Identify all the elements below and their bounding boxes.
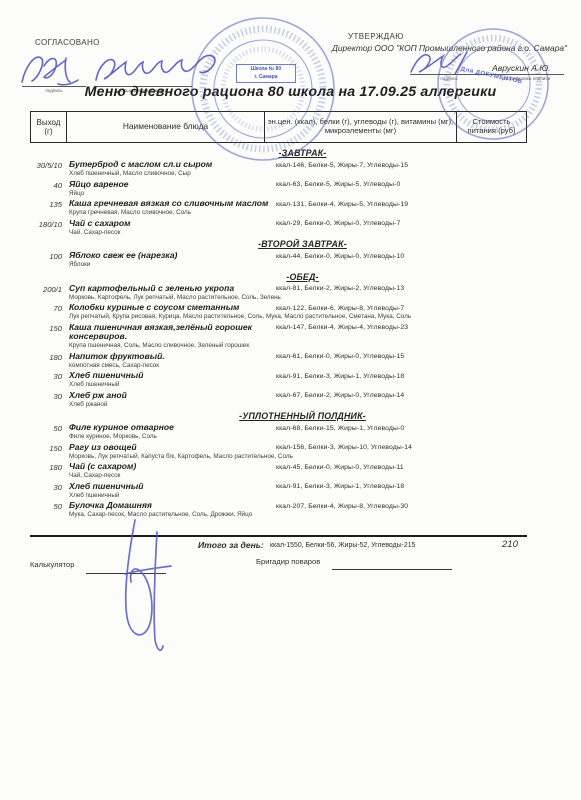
item-nutrition: ккал-122, Белки-6, Жиры-8, Углеводы-7 xyxy=(276,303,527,313)
item-weight: 180 xyxy=(30,352,62,362)
item-name: Бутерброд с маслом сл.и сыром xyxy=(69,160,269,170)
item-nutrition: ккал-81, Белки-2, Жиры-2, Углеводы-13 xyxy=(276,284,527,294)
item-weight: 180/10 xyxy=(30,219,62,229)
item-nutrition: ккал-45, Белки-0, Жиры-0, Углеводы-11 xyxy=(276,462,527,472)
table-header: Выход (г) Наименование блюда эн.цен. (кк… xyxy=(30,111,527,143)
brigadier-label: Бригадир поваров xyxy=(256,557,320,566)
col-header-weight: Выход (г) xyxy=(31,112,67,142)
brigadier-sign-line xyxy=(332,569,452,570)
item-nutrition: ккал-91, Белки-3, Жиры-1, Углеводы-18 xyxy=(276,371,527,381)
menu-item-row: 100Яблоко свеж ее (нарезка)ккал-44, Белк… xyxy=(30,251,527,270)
document-title: Меню дневного рациона 80 школа на 17.09.… xyxy=(0,84,581,100)
item-nutrition: ккал-147, Белки-4, Жиры-4, Углеводы-23 xyxy=(276,323,527,343)
school-stamp-line1: Школа № 80 xyxy=(239,66,293,74)
item-name: Филе куриное отварное xyxy=(69,423,269,433)
item-name: Яйцо вареное xyxy=(69,180,269,190)
item-weight: 150 xyxy=(30,443,62,453)
item-nutrition: ккал-146, Белки-5, Жиры-7, Углеводы-15 xyxy=(276,160,527,170)
item-weight: 50 xyxy=(30,423,62,433)
menu-item-row: 30Хлеб рж анойккал-67, Белки-2, Жиры-0, … xyxy=(30,391,527,410)
item-weight: 50 xyxy=(30,501,62,511)
calculator-signature-ink xyxy=(105,512,185,662)
item-ingredients: Хлеб пшеничный, Масло сливочное, Сыр xyxy=(69,170,527,179)
item-weight: 30 xyxy=(30,371,62,381)
menu-item-row: 150Каша пшеничная вязкая,зелёный горошек… xyxy=(30,323,527,351)
right-decrypt-caption: расшифровка подписи xyxy=(488,76,564,81)
item-weight: 40 xyxy=(30,180,62,190)
director-name: Аврускин А.Ю. xyxy=(492,63,551,73)
item-nutrition: ккал-67, Белки-2, Жиры-0, Углеводы-14 xyxy=(276,391,527,401)
item-ingredients: Яблоки xyxy=(69,261,527,270)
item-name: Хлеб пшеничный xyxy=(69,371,269,381)
item-weight: 30 xyxy=(30,482,62,492)
item-ingredients: компотная смесь, Сахар-песок xyxy=(69,362,527,371)
item-ingredients: Крупа пшеничная, Соль, Масло сливочное, … xyxy=(69,342,527,351)
item-name: Хлеб пшеничный xyxy=(69,482,269,492)
section-heading: -ВТОРОЙ ЗАВТРАК- xyxy=(78,239,527,249)
item-nutrition: ккал-91, Белки-3, Жиры-1, Углеводы-18 xyxy=(276,482,527,492)
calculator-label: Калькулятор xyxy=(30,560,74,569)
item-name: Каша пшеничная вязкая,зелёный горошек ко… xyxy=(69,323,269,343)
menu-item-row: 135Каша гречневая вязкая со сливочным ма… xyxy=(30,199,527,218)
item-name: Чай (с сахаром) xyxy=(69,462,269,472)
item-weight: 30 xyxy=(30,391,62,401)
item-weight: 135 xyxy=(30,199,62,209)
item-weight: 100 xyxy=(30,251,62,261)
school-stamp-center-text: Школа № 80 г. Самара xyxy=(236,64,296,83)
right-sign-caption: подпись xyxy=(410,76,488,81)
item-name: Рагу из овощей xyxy=(69,443,269,453)
item-name: Колобки куриные с соусом сметанным xyxy=(69,303,269,313)
director-title-line: Директор ООО "КОП Промышленного района г… xyxy=(225,43,567,53)
item-weight: 150 xyxy=(30,323,62,343)
approved-label: УТВЕРЖДАЮ xyxy=(348,32,404,41)
item-weight: 180 xyxy=(30,462,62,472)
item-nutrition: ккал-29, Белки-0, Жиры-0, Углеводы-7 xyxy=(276,219,527,229)
item-nutrition: ккал-131, Белки-4, Жиры-5, Углеводы-19 xyxy=(276,199,527,209)
menu-item-row: 30/5/10Бутерброд с маслом сл.и сыромккал… xyxy=(30,160,527,179)
item-ingredients: Чай, Сахар-песок xyxy=(69,229,527,238)
item-nutrition: ккал-63, Белки-5, Жиры-5, Углеводы-0 xyxy=(276,180,527,190)
item-weight: 70 xyxy=(30,303,62,313)
menu-item-row: 200/1Суп картофельный с зеленью укропакк… xyxy=(30,284,527,303)
col-header-nutrition: эн.цен. (ккал), белки (г), углеводы (г),… xyxy=(265,112,457,142)
menu-body: -ЗАВТРАК-30/5/10Бутерброд с маслом сл.и … xyxy=(30,146,527,521)
menu-item-row: 40Яйцо вареноеккал-63, Белки-5, Жиры-5, … xyxy=(30,180,527,199)
item-ingredients: Хлеб пшеничный xyxy=(69,381,527,390)
item-nutrition: ккал-68, Белки-15, Жиры-1, Углеводы-0 xyxy=(276,423,527,433)
item-name: Булочка Домашняя xyxy=(69,501,269,511)
totals-nutrition: ккал-1550, Белки-56, Жиры-52, Углеводы-2… xyxy=(270,542,415,549)
menu-item-row: 70Колобки куриные с соусом сметаннымккал… xyxy=(30,303,527,322)
item-nutrition: ккал-156, Белки-3, Жиры-10, Углеводы-14 xyxy=(276,443,527,453)
school-stamp-line2: г. Самара xyxy=(239,74,293,82)
item-ingredients: Морковь, Лук репчатый, Капуста б/к, Карт… xyxy=(69,453,527,462)
item-name: Чай с сахаром xyxy=(69,219,269,229)
item-ingredients: Хлеб пшеничный xyxy=(69,492,527,501)
menu-item-row: 50Филе куриное отварноеккал-68, Белки-15… xyxy=(30,423,527,442)
item-ingredients: Яйцо xyxy=(69,190,527,199)
item-weight: 200/1 xyxy=(30,284,62,294)
item-name: Суп картофельный с зеленью укропа xyxy=(69,284,269,294)
item-nutrition: ккал-44, Белки-0, Жиры-0, Углеводы-10 xyxy=(276,251,527,261)
scanned-menu-document: СОГЛАСОВАНО подпись расшифровка подписи … xyxy=(0,0,581,800)
menu-item-row: 180/10Чай с сахаромккал-29, Белки-0, Жир… xyxy=(30,219,527,238)
menu-item-row: 30Хлеб пшеничныйккал-91, Белки-3, Жиры-1… xyxy=(30,371,527,390)
item-ingredients: Морковь, Картофель, Лук репчатый, Масло … xyxy=(69,294,527,303)
section-heading: -ЗАВТРАК- xyxy=(78,148,527,158)
menu-item-row: 150Рагу из овощейккал-156, Белки-3, Жиры… xyxy=(30,443,527,462)
item-ingredients: Лук репчатый, Крупа рисовая, Курица, Мас… xyxy=(69,313,527,322)
item-name: Каша гречневая вязкая со сливочным масло… xyxy=(69,199,269,209)
item-ingredients: Филе куриное, Морковь, Соль xyxy=(69,433,527,442)
menu-item-row: 180Чай (с сахаром)ккал-45, Белки-0, Жиры… xyxy=(30,462,527,481)
section-heading: -ОБЕД- xyxy=(78,272,527,282)
item-name: Хлеб рж аной xyxy=(69,391,269,401)
menu-item-row: 30Хлеб пшеничныйккал-91, Белки-3, Жиры-1… xyxy=(30,482,527,501)
menu-item-row: 180Напиток фруктовый.ккал-61, Белки-0, Ж… xyxy=(30,352,527,371)
item-nutrition: ккал-207, Белки-4, Жиры-8, Углеводы-30 xyxy=(276,501,527,511)
totals-label: Итого за день: xyxy=(198,540,264,550)
item-ingredients: Крупа гречневая, Масло сливочное, Соль xyxy=(69,209,527,218)
section-heading: -УПЛОТНЕННЫЙ ПОЛДНИК- xyxy=(78,411,527,421)
col-header-cost: Стоимость питания (руб) xyxy=(457,112,526,142)
item-ingredients: Чай, Сахар-песок xyxy=(69,472,527,481)
item-ingredients: Хлеб ржаной xyxy=(69,401,527,410)
item-name: Напиток фруктовый. xyxy=(69,352,269,362)
totals-cost: 210 xyxy=(502,539,518,550)
col-header-dish: Наименование блюда xyxy=(67,112,265,142)
director-signature-ink xyxy=(405,50,485,76)
item-nutrition: ккал-61, Белки-0, Жиры-0, Углеводы-15 xyxy=(276,352,527,362)
item-name: Яблоко свеж ее (нарезка) xyxy=(69,251,269,261)
item-weight: 30/5/10 xyxy=(30,160,62,170)
